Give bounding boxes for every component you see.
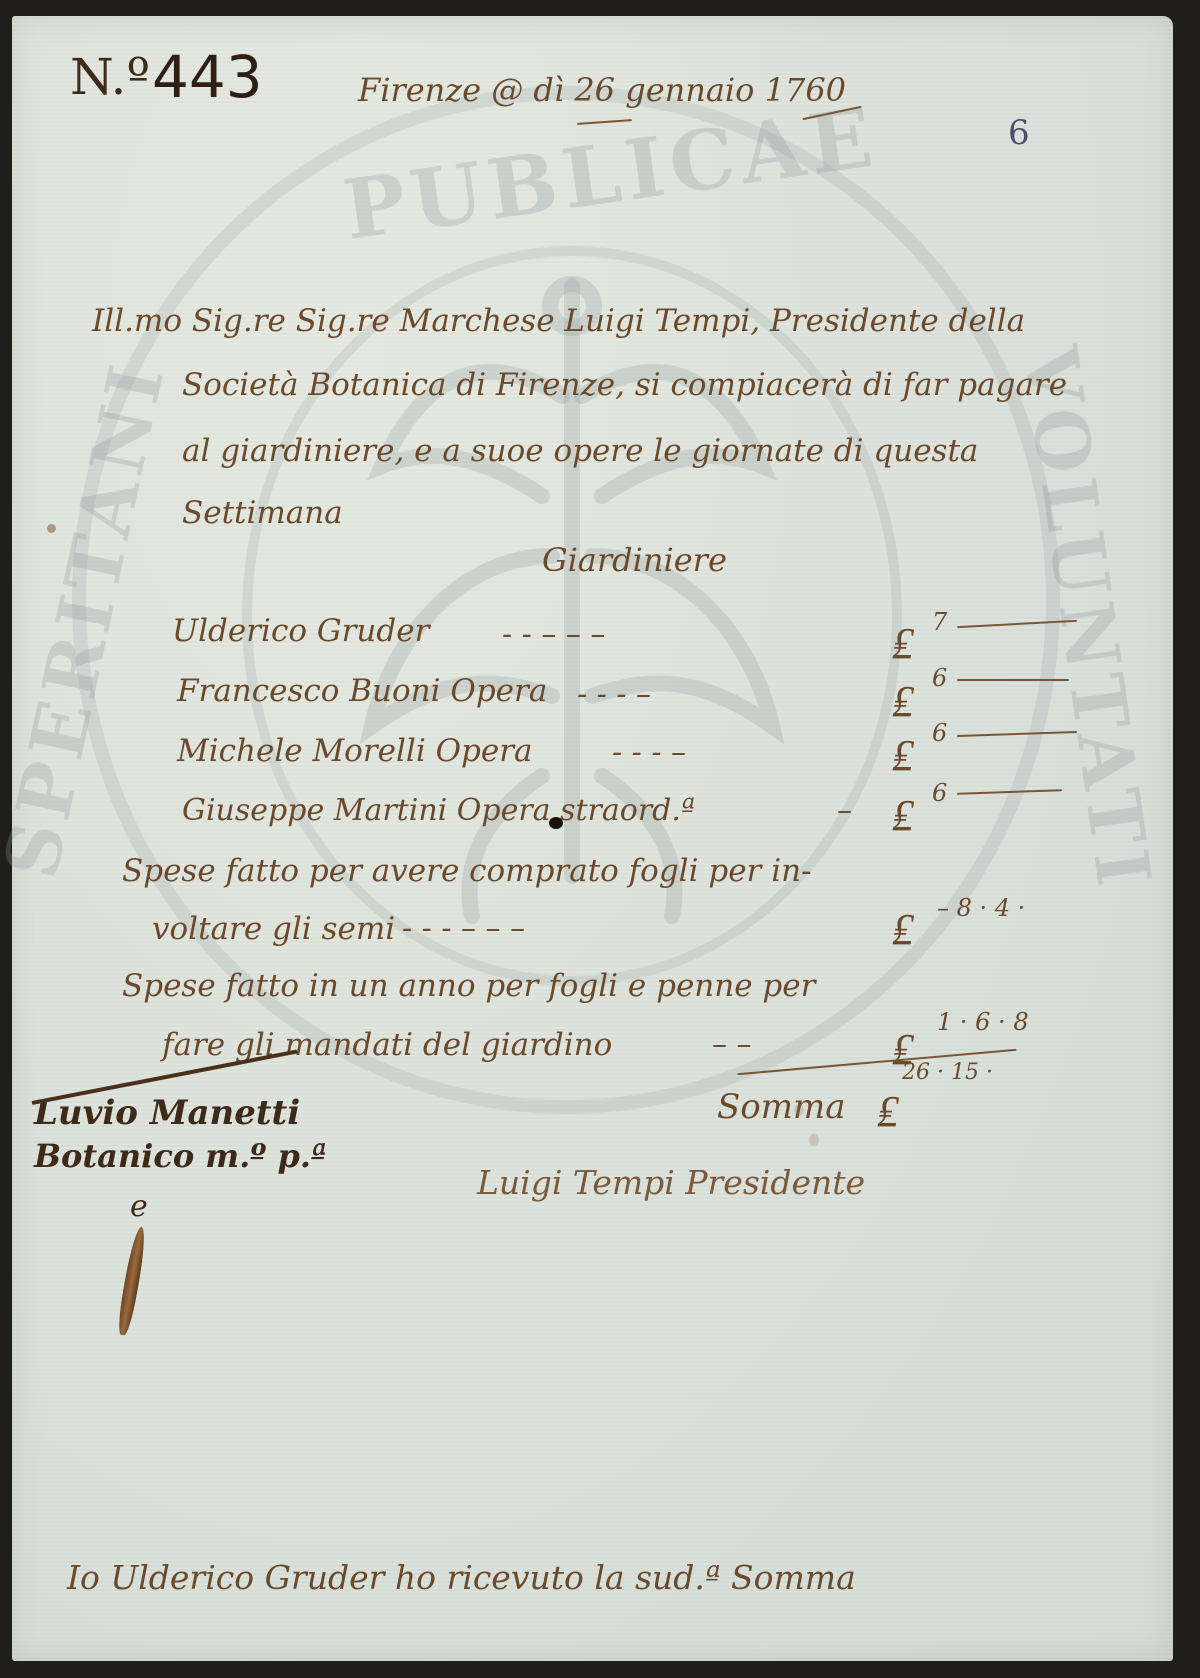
currency-symbol: ₤	[892, 794, 914, 838]
side-note-line-2: Botanico m.º p.ª	[34, 1140, 327, 1172]
leader-dashes: –	[837, 796, 852, 826]
worker-name: Giuseppe Martini Opera straord.ª	[182, 796, 695, 826]
receipt-line: Io Ulderico Gruder ho ricevuto la sud.ª …	[67, 1561, 856, 1594]
document-number-label: N.º	[70, 52, 150, 102]
seal-outer-ring	[72, 86, 1060, 1114]
foxing-stain	[794, 1104, 804, 1116]
leader-dashes: - - - –	[577, 680, 651, 710]
leader-dashes: - - - –	[612, 738, 686, 768]
currency-symbol: ₤	[892, 622, 914, 666]
seal-text-top: PUBLICAE	[338, 89, 884, 259]
amount: 1 · 6 · 8	[937, 1010, 1029, 1034]
seal-text-right: VOLUNTATI	[1006, 341, 1168, 896]
folio-mark: 6	[1008, 116, 1030, 150]
expense-line-2: fare gli mandati del giardino	[162, 1030, 612, 1061]
salutation-line-4: Settimana	[182, 498, 343, 529]
manuscript-page: PUBLICAE SPERITANI VOLUNTATI N.º 443 Fir…	[12, 16, 1173, 1661]
amount: 6	[932, 781, 947, 805]
salutation-line-2: Società Botanica di Firenze, si compiace…	[182, 370, 1067, 401]
worker-name: Ulderico Gruder	[172, 616, 429, 647]
amount: 7	[932, 610, 947, 634]
expense-line-1: Spese fatto per avere comprato fogli per…	[122, 856, 812, 887]
side-note-mark: e	[130, 1192, 148, 1222]
amount: – 8 · 4 ·	[937, 896, 1025, 920]
leader-dashes: - - – – –	[502, 620, 605, 650]
section-heading: Giardiniere	[542, 544, 727, 576]
amount: 6	[932, 666, 947, 690]
foxing-stain	[809, 1134, 819, 1146]
place-date: Firenze @ dì 26 gennaio 1760	[358, 74, 846, 106]
currency-symbol: ₤	[892, 734, 914, 778]
amount-rule	[957, 679, 1069, 681]
total-label: Somma	[717, 1090, 846, 1124]
amount-rule	[957, 789, 1062, 795]
total-amount: 26 · 15 ·	[902, 1062, 993, 1084]
currency-symbol: ₤	[892, 908, 914, 952]
signature: Luigi Tempi Presidente	[477, 1166, 865, 1199]
document-number: 443	[152, 48, 263, 106]
seal-emblem-icon	[312, 256, 832, 956]
worker-name: Michele Morelli Opera	[177, 736, 533, 767]
amount: 6	[932, 721, 947, 745]
seal-watermark: PUBLICAE SPERITANI VOLUNTATI	[12, 16, 1173, 1661]
date-underline	[577, 119, 632, 125]
side-note-line-1: Luvio Manetti	[34, 1096, 300, 1130]
pen-stroke	[116, 1226, 149, 1337]
amount-rule	[957, 731, 1077, 737]
salutation-line-1: Ill.mo Sig.re Sig.re Marchese Luigi Temp…	[92, 306, 1025, 337]
currency-symbol: ₤	[892, 680, 914, 724]
expense-line-1: Spese fatto in un anno per fogli e penne…	[122, 971, 815, 1002]
foxing-stain	[47, 524, 56, 533]
expense-line-2: voltare gli semi	[152, 914, 395, 945]
seal-text-left: SPERITANI	[0, 353, 182, 886]
amount-rule	[957, 620, 1077, 628]
ink-blot	[549, 817, 563, 829]
salutation-line-3: al giardiniere, e a suoe opere le giorna…	[182, 436, 978, 467]
worker-name: Francesco Buoni Opera	[177, 676, 547, 707]
total-currency: ₤	[877, 1090, 899, 1134]
leader-dashes: - - - – – –	[402, 914, 525, 944]
leader-dashes: – –	[712, 1030, 752, 1060]
